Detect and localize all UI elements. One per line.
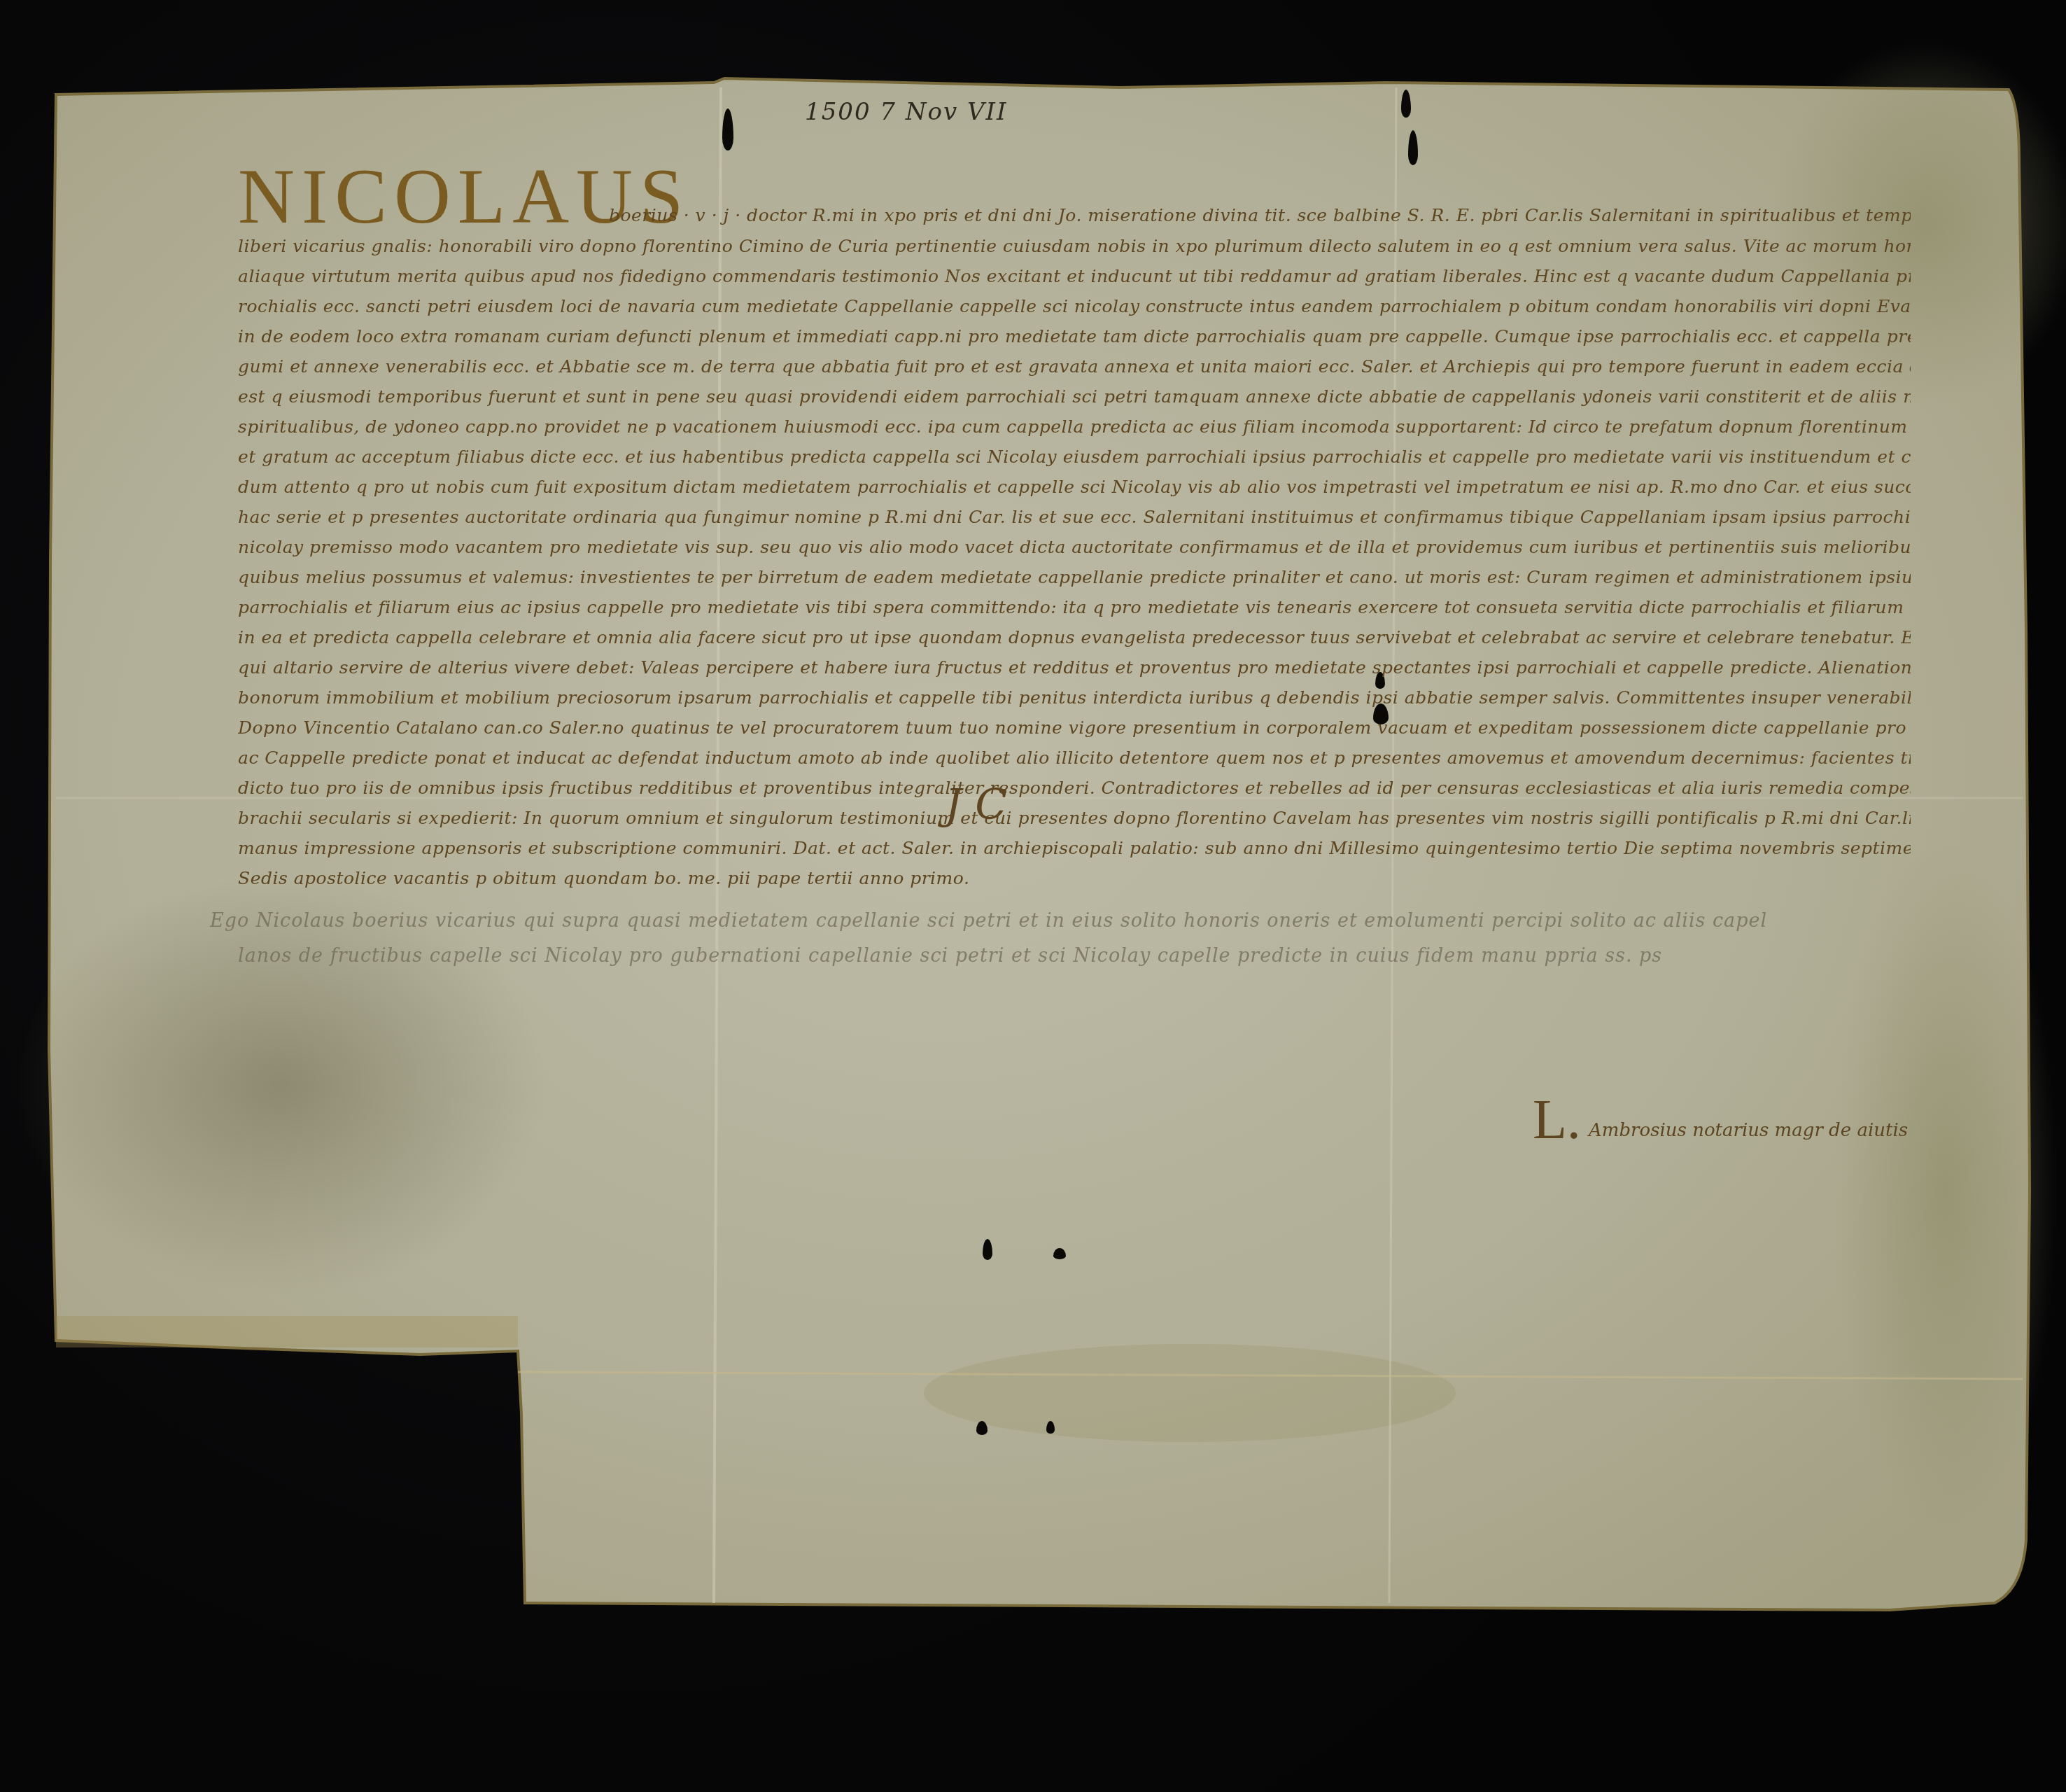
text-line: gumi et annexe venerabilis ecc. et Abbat…: [238, 356, 1911, 377]
archive-date-annotation: 1500 7 Nov VII: [805, 98, 1007, 126]
document-text: 1500 7 Nov VII NICOLAUS boerius · v · j …: [0, 0, 2066, 1792]
text-line: dum attento q pro ut nobis cum fuit expo…: [238, 477, 1911, 497]
text-line: brachii secularis si expedierit: In quor…: [238, 808, 1911, 828]
text-line: spiritualibus, de ydoneo capp.no provide…: [238, 416, 1911, 437]
subscription-line: Ego Nicolaus boerius vicarius qui supra …: [210, 910, 1925, 932]
text-line: Dopno Vincentio Catalano can.co Saler.no…: [238, 717, 1911, 738]
text-line: manus impressione appensoris et subscrip…: [238, 838, 1911, 858]
text-line: Sedis apostolice vacantis p obitum quond…: [238, 868, 1078, 888]
text-line: parrochialis et filiarum eius ac ipsius …: [238, 597, 1911, 617]
text-line: ac Cappelle predicte ponat et inducat ac…: [238, 748, 1911, 768]
text-line: hac serie et p presentes auctoritate ord…: [238, 507, 1911, 527]
text-line: in de eodem loco extra romanam curiam de…: [238, 326, 1911, 346]
subscription-line: lanos de fructibus capelle sci Nicolay p…: [238, 945, 1918, 967]
text-line: in ea et predicta cappella celebrare et …: [238, 627, 1911, 647]
text-line: qui altario servire de alterius vivere d…: [238, 657, 1911, 678]
text-line: liberi vicarius gnalis: honorabili viro …: [238, 236, 1911, 256]
notarial-monogram: J C: [945, 780, 1007, 829]
text-line: nicolay premisso modo vacantem pro medie…: [238, 537, 1911, 557]
text-line: et gratum ac acceptum filiabus dicte ecc…: [238, 447, 1911, 467]
notary-sign-letter: L.: [1533, 1088, 1581, 1152]
text-line: boerius · v · j · doctor R.mi in xpo pri…: [609, 205, 1911, 225]
text-line: bonorum immobilium et mobilium preciosor…: [238, 687, 1911, 708]
notary-name: Ambrosius notarius magr de aiutis: [1589, 1120, 1908, 1141]
text-line: aliaque virtutum merita quibus apud nos …: [238, 266, 1911, 286]
text-line: rochialis ecc. sancti petri eiusdem loci…: [238, 296, 1911, 316]
text-line: quibus melius possumus et valemus: inves…: [238, 567, 1911, 587]
text-line: est q eiusmodi temporibus fuerunt et sun…: [238, 386, 1911, 407]
text-line: dicto tuo pro iis de omnibus ipsis fruct…: [238, 778, 1911, 798]
